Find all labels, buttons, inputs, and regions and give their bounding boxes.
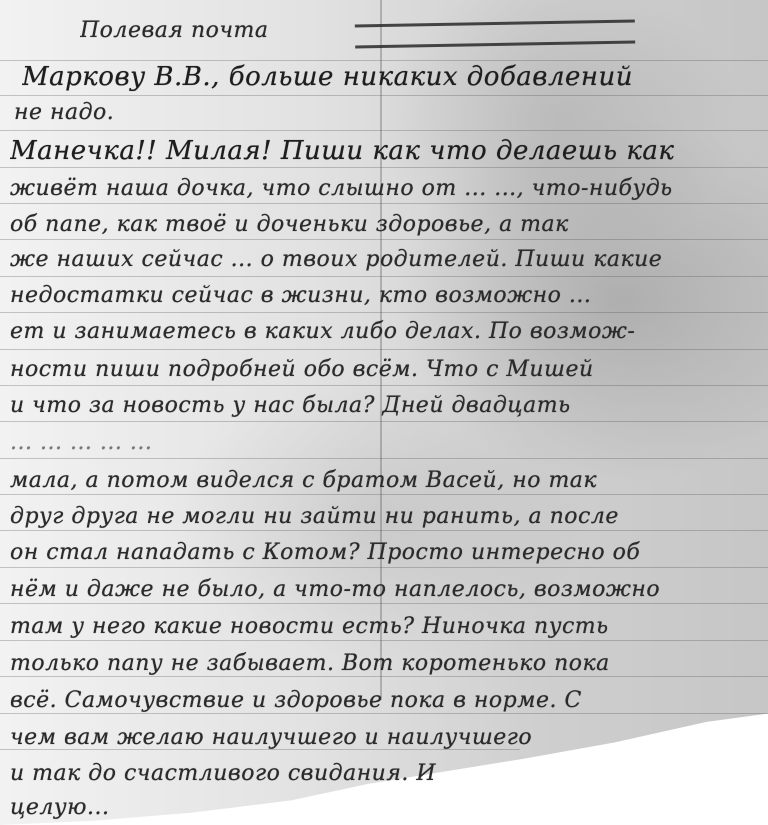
body-line: и так до счастливого свидания. И [10, 761, 468, 786]
body-line: друг друга не могли ни зайти ни ранить, … [10, 504, 768, 529]
letter-text: Полевая почта Маркову В.В., больше никак… [0, 0, 768, 825]
header-line-2: Маркову В.В., больше никаких добавлений [22, 62, 768, 92]
body-line-faded: ... ... ... ... ... [10, 430, 768, 455]
body-line: нём и даже не было, а что-то наплелось, … [10, 577, 768, 602]
body-line: живёт наша дочка, что слышно от ... ...,… [10, 176, 768, 201]
body-line: только папу не забывает. Вот коротенько … [10, 651, 768, 676]
body-line: и что за новость у нас была? Дней двадца… [10, 393, 768, 418]
signature-line: целую... [10, 795, 768, 820]
body-line: он стал нападать с Котом? Просто интерес… [10, 540, 768, 565]
body-line: всё. Самочувствие и здоровье пока в норм… [10, 688, 768, 713]
body-line: там у него какие новости есть? Ниночка п… [10, 614, 768, 639]
body-line: об папе, как твоё и доченьки здоровье, а… [10, 212, 768, 237]
body-line: мала, а потом виделся с братом Васей, но… [10, 468, 768, 493]
header-line-3: не надо. [14, 100, 768, 125]
body-line: чем вам желаю наилучшего и наилучшего [10, 725, 538, 750]
struck-out-text [355, 20, 635, 49]
body-line: недостатки сейчас в жизни, кто возможно … [10, 283, 768, 308]
body-line: ности пиши подробней обо всём. Что с Миш… [10, 357, 768, 382]
body-line: же наших сейчас ... о твоих родителей. П… [10, 247, 768, 272]
body-line: Манечка!! Милая! Пиши как что делаешь ка… [10, 136, 768, 166]
body-line: ет и занимаетесь в каких либо делах. По … [10, 319, 768, 344]
